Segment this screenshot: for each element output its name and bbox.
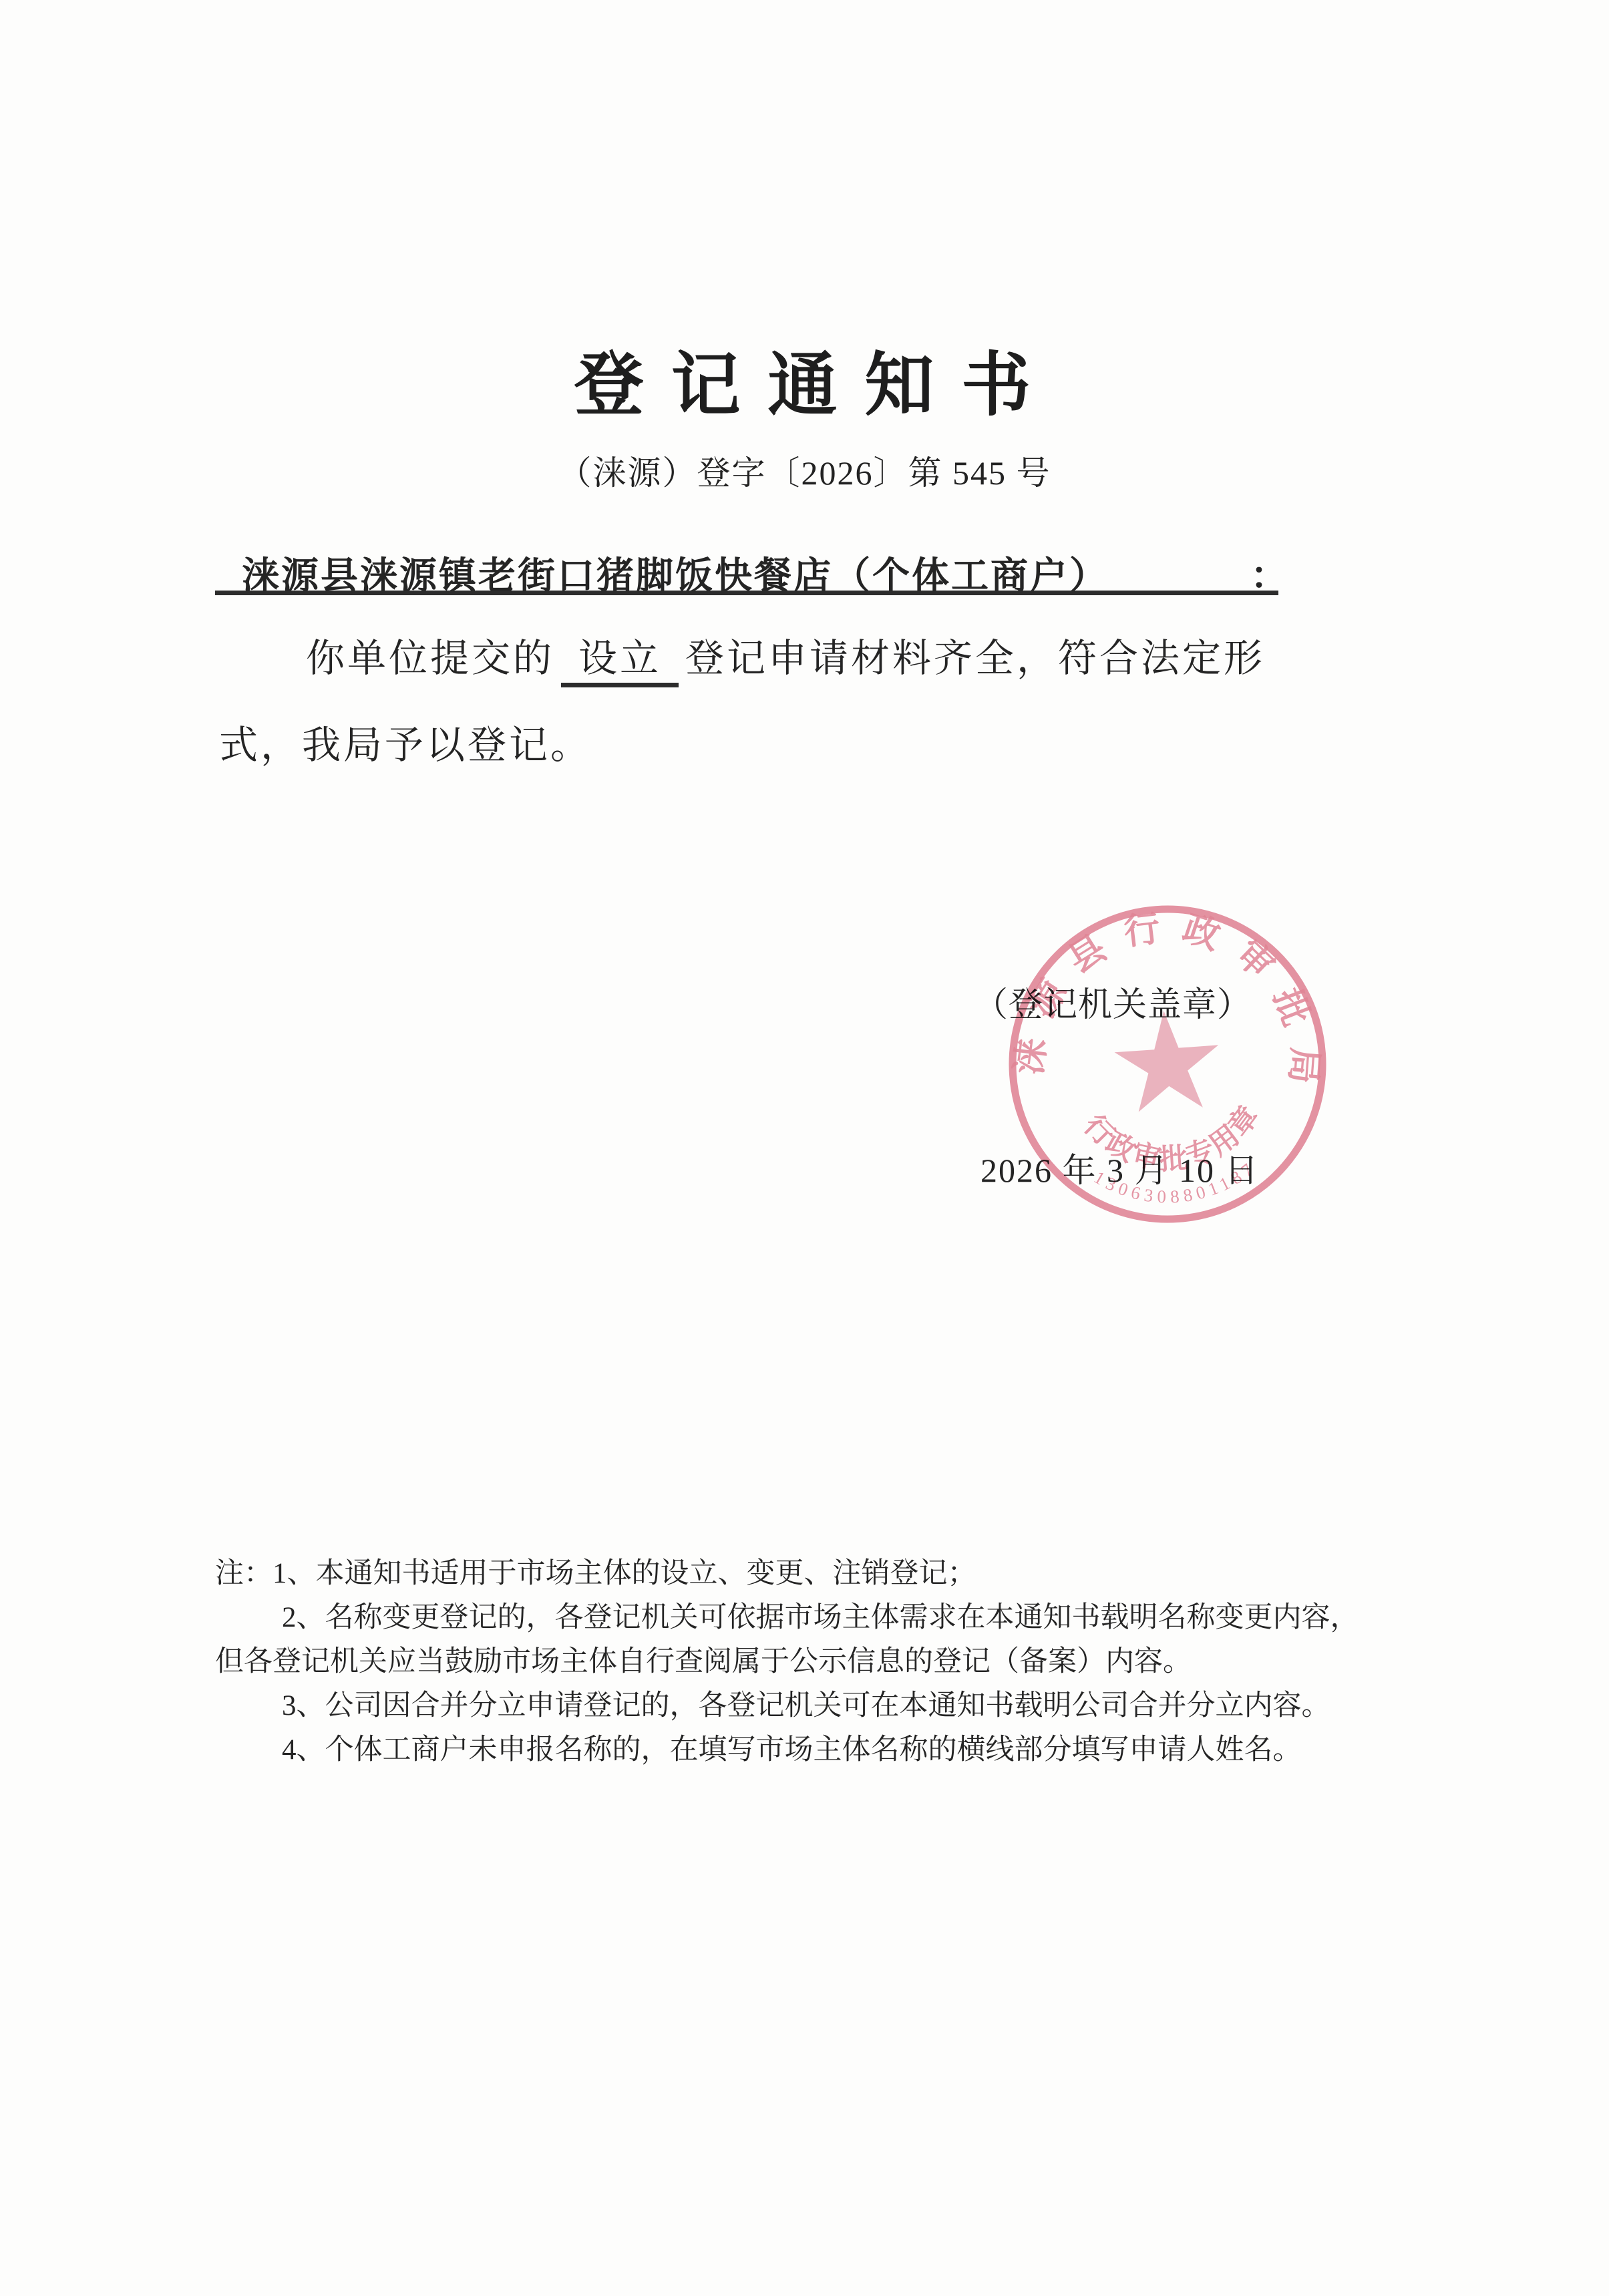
- notes-section: 注：1、本通知书适用于市场主体的设立、变更、注销登记； 2、名称变更登记的，各登…: [215, 1552, 1431, 1772]
- registration-type-blank: 设立: [561, 627, 679, 687]
- body-line-2: 式，我局予以登记。: [219, 713, 592, 770]
- body-line-1: 你单位提交的设立登记申请材料齐全，符合法定形: [306, 627, 1265, 687]
- note-line-2: 2、名称变更登记的，各登记机关可依据市场主体需求在本通知书载明名称变更内容，: [215, 1596, 1431, 1640]
- svg-text:涞源县行政审批局: 涞源县行政审批局: [998, 896, 1328, 1126]
- stamp-org-text: 涞源县行政审批局: [998, 896, 1328, 1126]
- note-line-1: 注：1、本通知书适用于市场主体的设立、变更、注销登记；: [215, 1552, 1431, 1596]
- document-title: 登 记 通 知 书: [0, 329, 1609, 429]
- note-line-5: 4、个体工商户未申报名称的，在填写市场主体名称的横线部分填写申请人姓名。: [215, 1728, 1431, 1772]
- note-line-4: 3、公司因合并分立申请登记的，各登记机关可在本通知书载明公司合并分立内容。: [215, 1684, 1431, 1728]
- body-line1-prefix: 你单位提交的: [306, 637, 554, 680]
- registration-notice-page: 登 记 通 知 书 （涞源）登字〔2026〕第 545 号 涞源县涞源镇老街口猪…: [0, 0, 1609, 2296]
- recipient-underline: [215, 591, 1278, 595]
- official-seal-stamp: 涞源县行政审批局 行政审批专用章 1306308801187: [986, 882, 1349, 1246]
- body-line1-suffix: 登记申请材料齐全，符合法定形: [685, 637, 1265, 680]
- note-line-3: 但各登记机关应当鼓励市场主体自行查阅属于公示信息的登记（备案）内容。: [215, 1640, 1431, 1684]
- document-number: （涞源）登字〔2026〕第 545 号: [0, 446, 1609, 494]
- stamp-star-icon: [1112, 1007, 1223, 1114]
